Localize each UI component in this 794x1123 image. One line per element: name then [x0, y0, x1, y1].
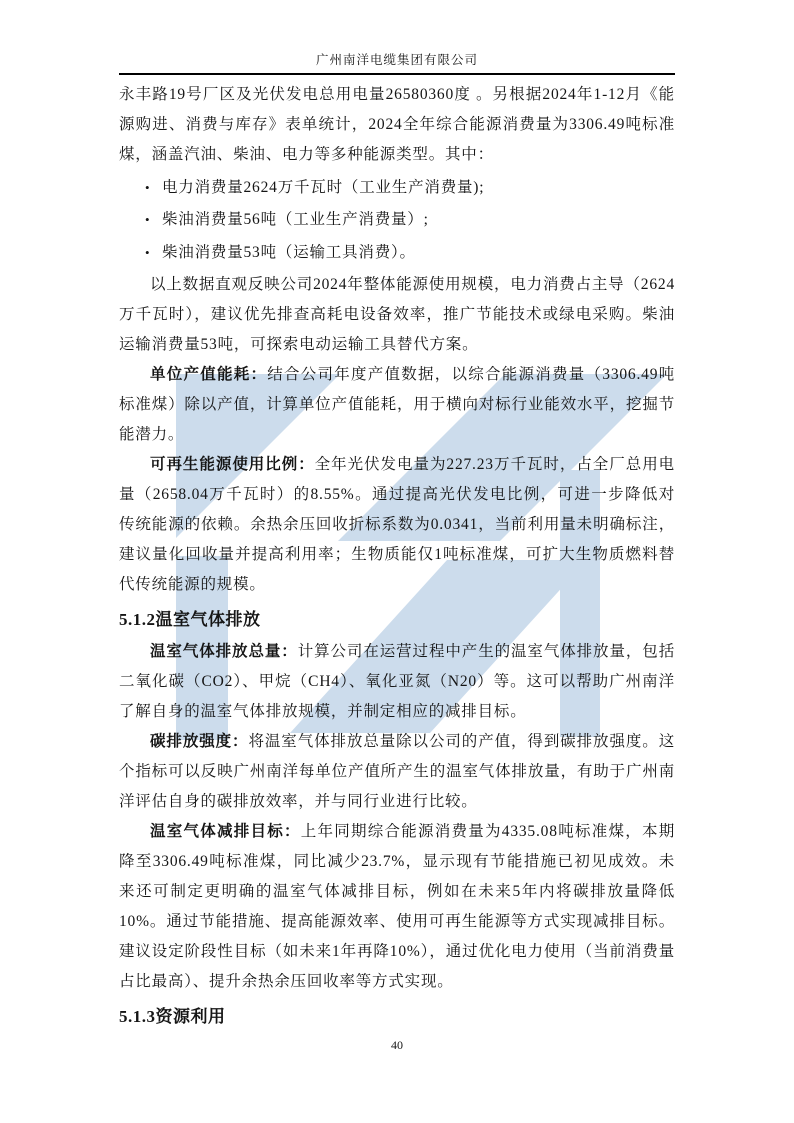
document-content: 永丰路19号厂区及光伏发电总用电量26580360度 。另根据2024年1-12… [119, 80, 675, 1034]
paragraph-renewable-ratio: 可再生能源使用比例：全年光伏发电量为227.23万千瓦时，占全厂总用电量（265… [119, 450, 675, 600]
paragraph-ghg-reduction-target: 温室气体减排目标：上年同期综合能源消费量为4335.08吨标准煤，本期降至330… [119, 817, 675, 997]
list-item: • 电力消费量2624万千瓦时（工业生产消费量); [145, 173, 675, 203]
energy-consumption-list: • 电力消费量2624万千瓦时（工业生产消费量); • 柴油消费量56吨（工业生… [119, 173, 675, 268]
list-item-text: 柴油消费量56吨（工业生产消费量）; [162, 211, 429, 228]
bullet-icon: • [145, 173, 150, 203]
paragraph-energy-summary: 永丰路19号厂区及光伏发电总用电量26580360度 。另根据2024年1-12… [119, 80, 675, 170]
bullet-icon: • [145, 205, 150, 235]
page-header: 广州南洋电缆集团有限公司 [119, 50, 675, 75]
section-heading-5-1-3: 5.1.3资源利用 [119, 1002, 675, 1032]
page-number: 40 [391, 1038, 403, 1052]
lead-renewable-ratio: 可再生能源使用比例： [150, 456, 315, 473]
lead-ghg-total: 温室气体排放总量： [150, 643, 298, 660]
lead-ghg-reduction-target: 温室气体减排目标： [150, 823, 301, 840]
section-heading-5-1-2: 5.1.2温室气体排放 [119, 605, 675, 635]
document-page: 广州南洋电缆集团有限公司 永丰路19号厂区及光伏发电总用电量26580360度 … [0, 0, 794, 1123]
paragraph-energy-analysis: 以上数据直观反映公司2024年整体能源使用规模，电力消费占主导（2624万千瓦时… [119, 270, 675, 360]
paragraph-carbon-intensity: 碳排放强度：将温室气体排放总量除以公司的产值，得到碳排放强度。这个指标可以反映广… [119, 727, 675, 817]
lead-unit-output-energy: 单位产值能耗： [150, 366, 267, 383]
lead-carbon-intensity: 碳排放强度： [150, 733, 248, 750]
list-item-text: 柴油消费量53吨（运输工具消费）。 [162, 244, 416, 261]
paragraph-unit-output-energy: 单位产值能耗：结合公司年度产值数据，以综合能源消费量（3306.49吨标准煤）除… [119, 360, 675, 450]
list-item: • 柴油消费量56吨（工业生产消费量）; [145, 205, 675, 235]
bullet-icon: • [145, 238, 150, 268]
list-item-text: 电力消费量2624万千瓦时（工业生产消费量); [162, 179, 484, 196]
paragraph-ghg-total: 温室气体排放总量：计算公司在运营过程中产生的温室气体排放量，包括二氧化碳（CO2… [119, 637, 675, 727]
header-company-name: 广州南洋电缆集团有限公司 [316, 53, 478, 67]
page-footer: 40 [0, 1038, 794, 1053]
list-item: • 柴油消费量53吨（运输工具消费）。 [145, 238, 675, 268]
